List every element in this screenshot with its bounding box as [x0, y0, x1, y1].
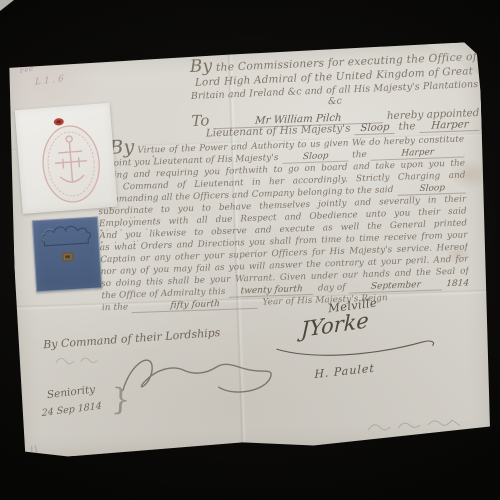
body-line-14a: in the [102, 302, 129, 313]
blue-duty-stamp [32, 216, 102, 292]
croker-signature-scribble [113, 341, 285, 411]
commission-document: Fee L 1 . 6 By the Commissioners for exe… [7, 42, 493, 458]
background-paper-sliver [0, 0, 14, 11]
corner-mark-scribble [29, 443, 39, 457]
pencil-note-scribble [364, 414, 469, 436]
registry-note-scribble [54, 352, 100, 368]
admiralty-wafer-seal [15, 103, 118, 214]
yorke-signature-flourish [272, 335, 441, 363]
month-fill: September [349, 279, 443, 293]
embossed-anchor-seal-icon [15, 103, 118, 214]
fee-note: Fee [19, 64, 34, 75]
yorke-signature: JYorke [301, 308, 369, 342]
year-text: 1814 [446, 278, 469, 289]
photo-background: Fee L 1 . 6 By the Commissioners for exe… [0, 0, 500, 500]
seniority-brace: } [111, 382, 131, 418]
stamp-emboss-icon [33, 217, 101, 291]
fee-amount-note: L 1 . 6 [35, 74, 64, 88]
heading-dropcap: By [189, 56, 212, 77]
paulet-signature: H. Paulet [314, 362, 374, 381]
seniority-label: Seniority [46, 383, 95, 401]
ship-type-fill-2: Sloop [282, 150, 348, 163]
seniority-date: 24 Sep 1814 [42, 401, 102, 419]
body-line-13b: day of [318, 283, 346, 294]
body-line-2b: the [352, 150, 367, 161]
